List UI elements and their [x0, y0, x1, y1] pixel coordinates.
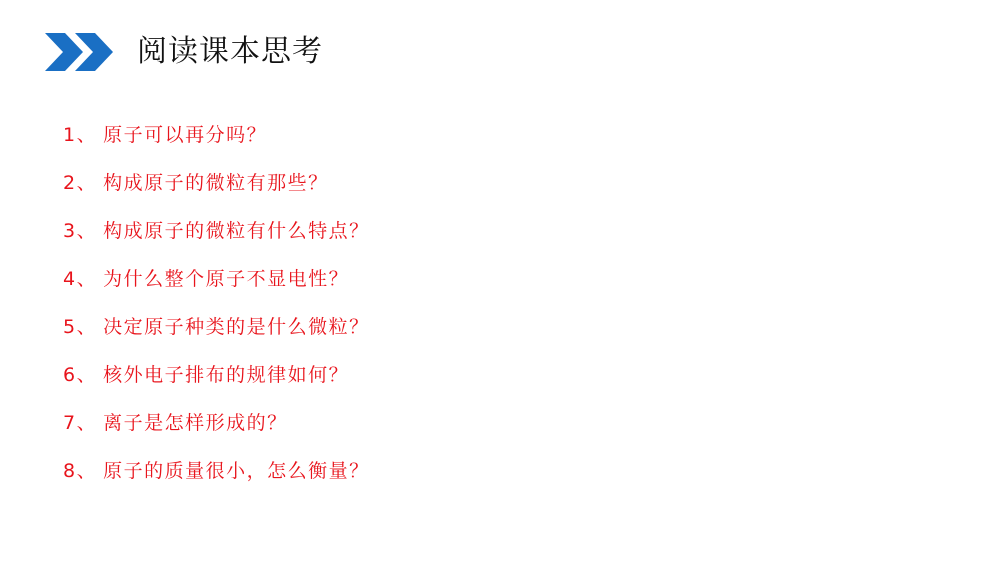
question-item: 4、为什么整个原子不显电性？	[63, 264, 370, 312]
question-item: 5、决定原子种类的是什么微粒？	[63, 312, 370, 360]
question-separator: 、	[77, 408, 98, 438]
slide-header: 阅读课本思考	[45, 30, 323, 74]
question-separator: 、	[77, 360, 98, 390]
question-text: 原子的质量很小，怎么衡量？	[103, 460, 370, 482]
question-text: 构成原子的微粒有那些？	[103, 172, 329, 194]
question-text: 离子是怎样形成的？	[103, 412, 288, 434]
question-text: 构成原子的微粒有什么特点？	[103, 220, 370, 242]
page-title: 阅读课本思考	[137, 30, 323, 74]
question-number: 6	[63, 360, 77, 390]
question-item: 7、离子是怎样形成的？	[63, 408, 370, 456]
question-list: 1、原子可以再分吗？ 2、构成原子的微粒有那些？ 3、构成原子的微粒有什么特点？…	[63, 120, 370, 504]
question-separator: 、	[77, 120, 98, 150]
question-separator: 、	[77, 456, 98, 486]
question-number: 3	[63, 216, 77, 246]
question-number: 8	[63, 456, 77, 486]
question-item: 6、核外电子排布的规律如何？	[63, 360, 370, 408]
question-number: 2	[63, 168, 77, 198]
question-number: 7	[63, 408, 77, 438]
question-separator: 、	[77, 312, 98, 342]
question-item: 2、构成原子的微粒有那些？	[63, 168, 370, 216]
question-separator: 、	[77, 168, 98, 198]
question-item: 8、原子的质量很小，怎么衡量？	[63, 456, 370, 504]
question-text: 决定原子种类的是什么微粒？	[103, 316, 370, 338]
slide: 阅读课本思考 1、原子可以再分吗？ 2、构成原子的微粒有那些？ 3、构成原子的微…	[0, 0, 1000, 563]
question-item: 3、构成原子的微粒有什么特点？	[63, 216, 370, 264]
question-text: 核外电子排布的规律如何？	[103, 364, 349, 386]
question-number: 4	[63, 264, 77, 294]
question-text: 为什么整个原子不显电性？	[103, 268, 349, 290]
question-separator: 、	[77, 264, 98, 294]
double-chevron-right-icon	[45, 33, 115, 71]
question-number: 5	[63, 312, 77, 342]
question-text: 原子可以再分吗？	[103, 124, 267, 146]
question-item: 1、原子可以再分吗？	[63, 120, 370, 168]
question-separator: 、	[77, 216, 98, 246]
question-number: 1	[63, 120, 77, 150]
